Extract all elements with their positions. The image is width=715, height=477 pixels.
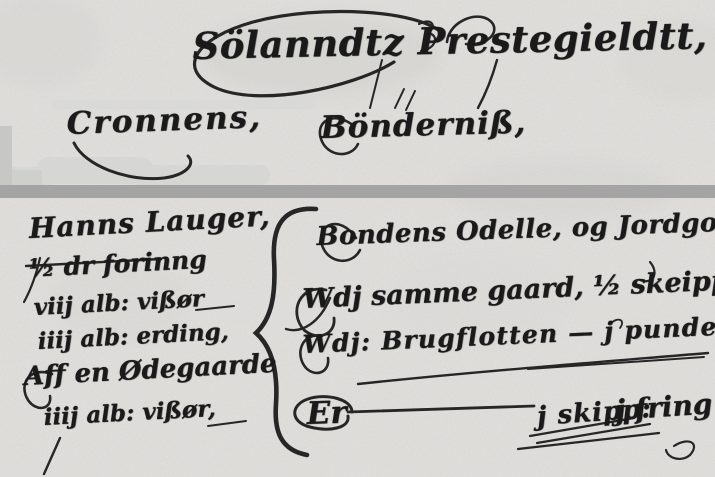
manuscript-page: Sölanndtz Prestegieldtt, Cronnens, Bönde… (0, 0, 715, 477)
scan-mask-patch (299, 92, 315, 106)
scan-mask-blob (128, 165, 270, 185)
sum-label: Er (306, 395, 347, 432)
farmers-column-heading: Bönderniß, (320, 105, 527, 146)
crown-column-heading: Cronnens, (66, 99, 262, 142)
scan-mask-edge (0, 126, 12, 187)
scan-separator-band (0, 185, 715, 198)
sum-value: j fring (614, 387, 713, 427)
